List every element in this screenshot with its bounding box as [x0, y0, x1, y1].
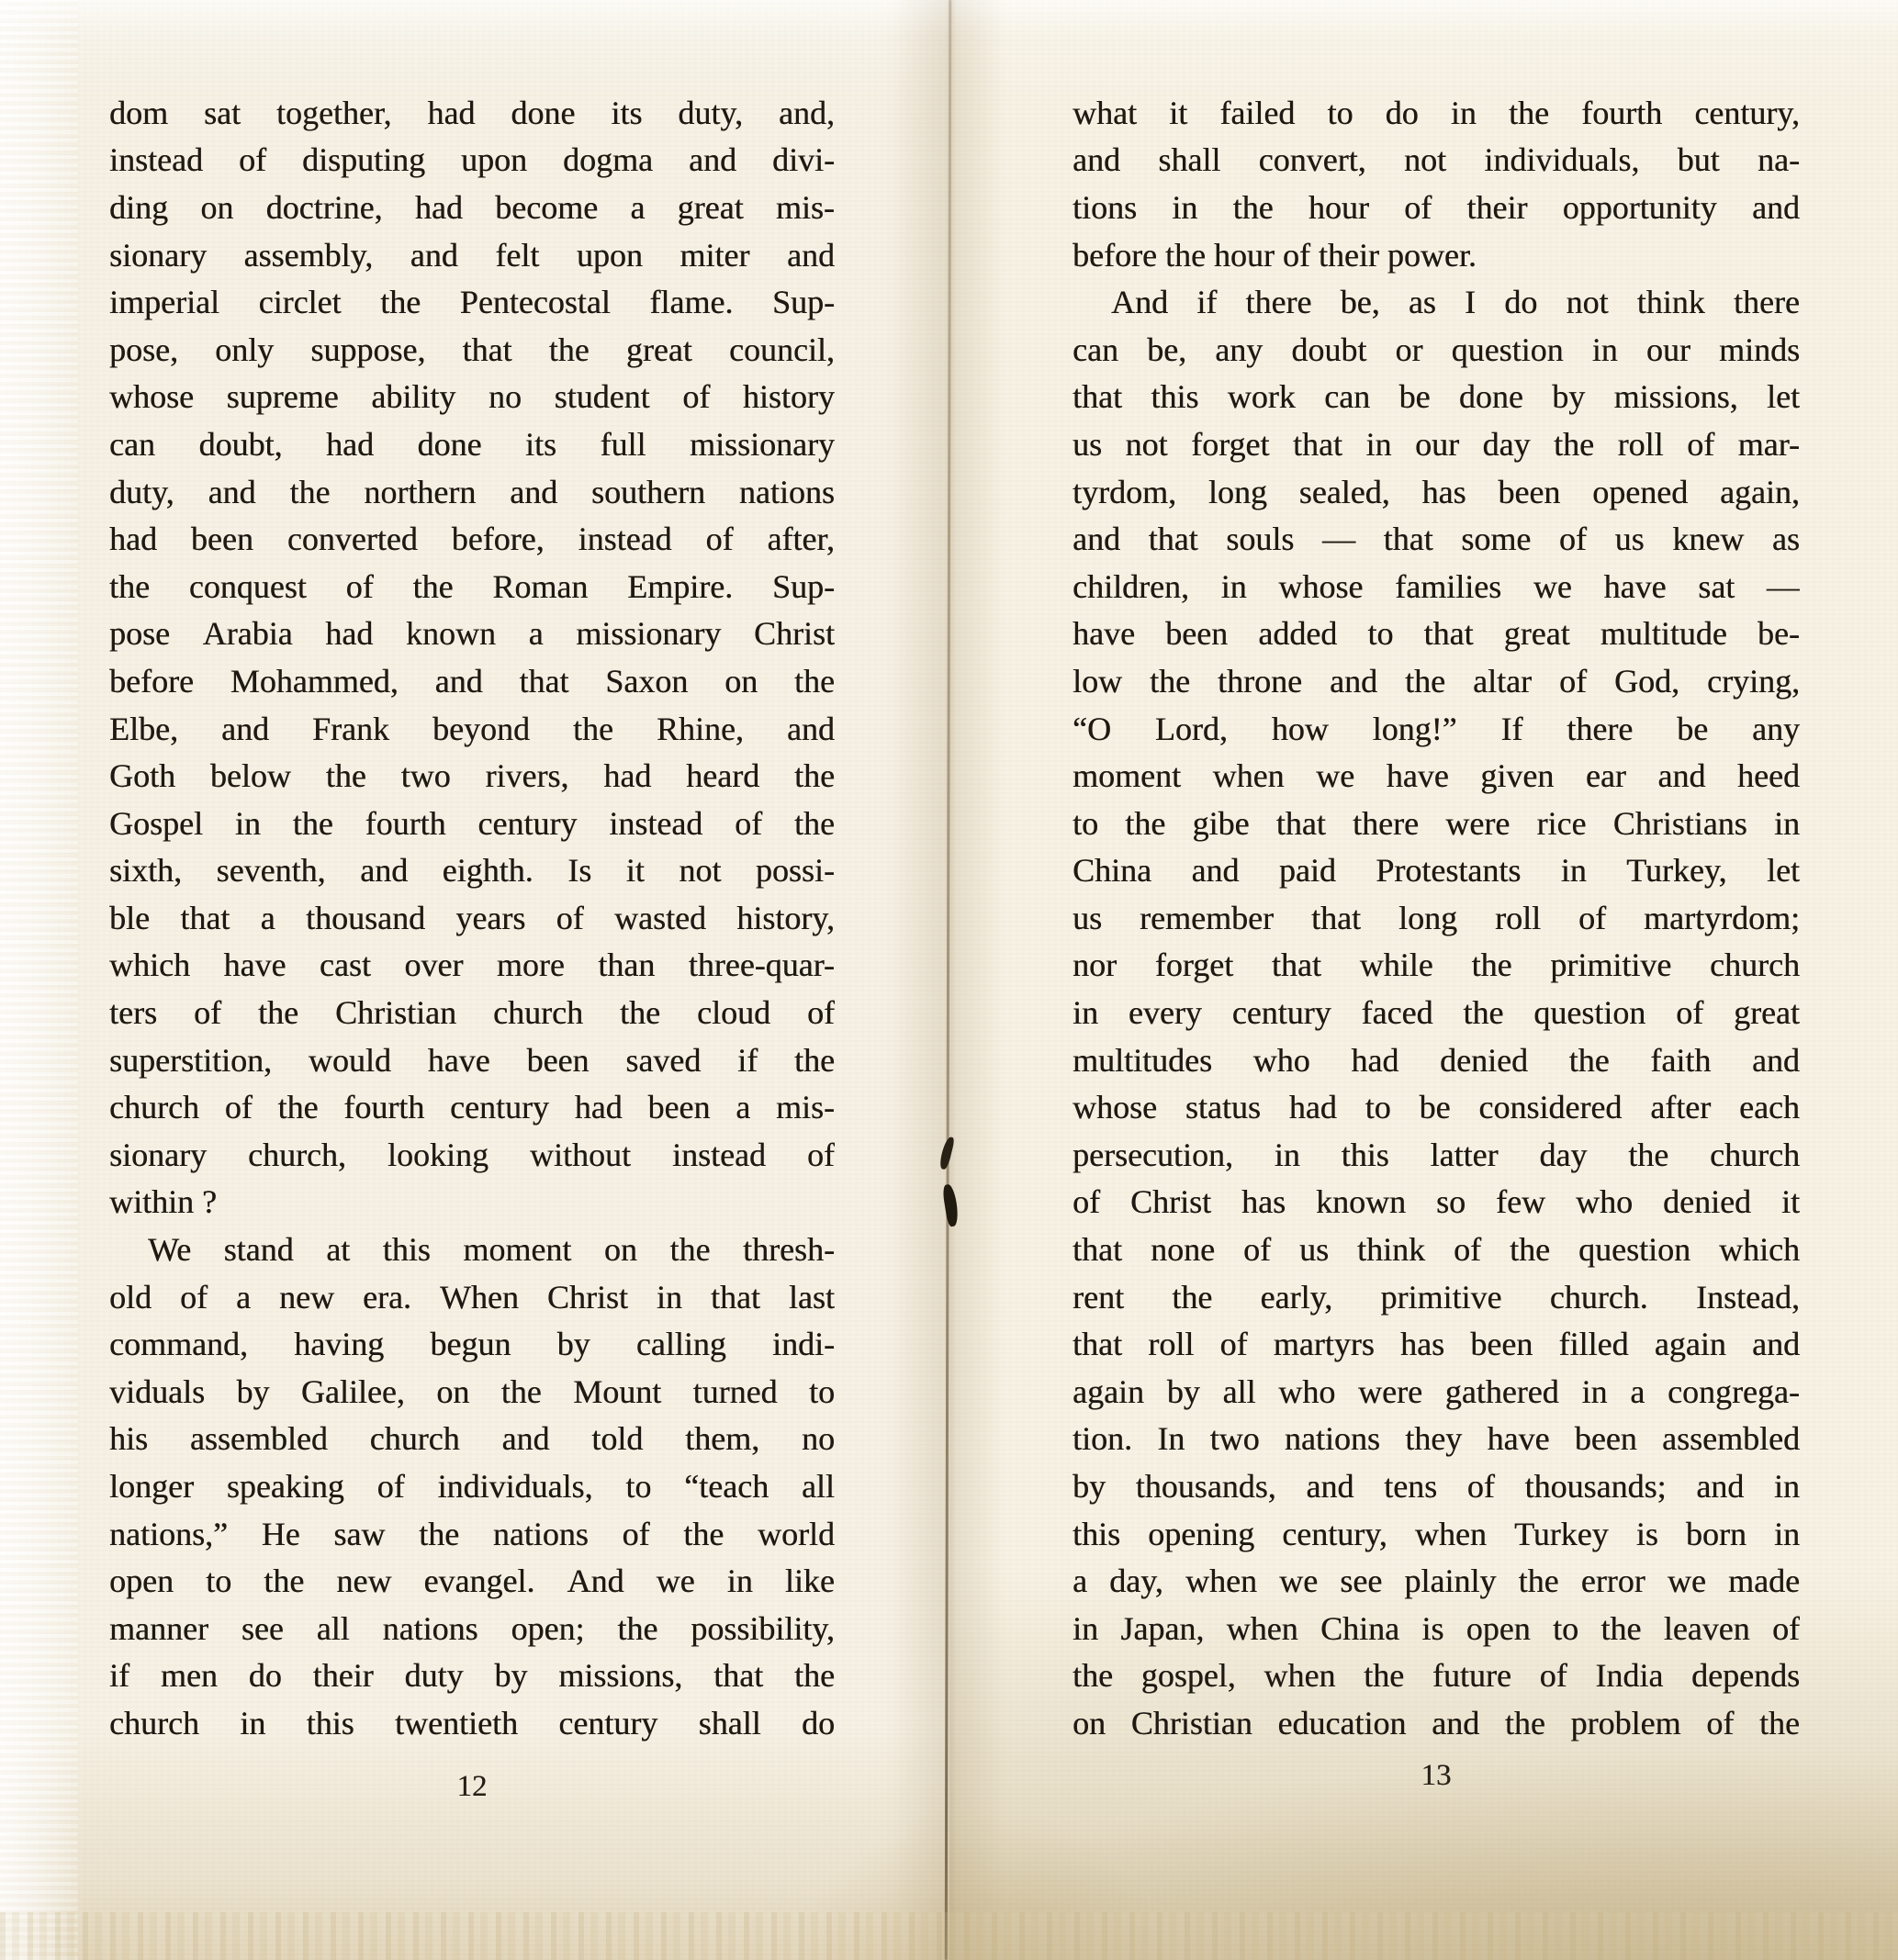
text-line: ChinaandpaidProtestantsinTurkey,let	[1073, 847, 1800, 895]
text-line: “OLord,howlong!”Iftherebeany	[1073, 705, 1800, 753]
text-line: tothegibethattherewerericeChristiansin	[1073, 800, 1800, 847]
text-line: againbyallwhoweregatheredinacongrega-	[1073, 1368, 1800, 1416]
text-line: children,inwhosefamilieswehavesat—	[1073, 563, 1800, 610]
text-line: tyrdom,longsealed,hasbeenopenedagain,	[1073, 468, 1800, 516]
text-line: tion.Intwonationstheyhavebeenassembled	[1073, 1416, 1800, 1463]
left-scan-edge	[0, 0, 78, 1960]
text-line: tionsinthehouroftheiropportunityand	[1073, 184, 1800, 231]
text-line: thatrollofmartyrshasbeenfilledagainand	[1073, 1320, 1800, 1368]
text-line: whatitfailedtodointhefourthcentury,	[1073, 89, 1800, 137]
text-line: persecution,inthislatterdaythechurch	[1073, 1131, 1800, 1179]
text-line: opentothenewevangel.Andweinlike	[109, 1557, 835, 1605]
text-line: dingondoctrine,hadbecomeagreatmis-	[109, 184, 835, 231]
text-line: Andiftherebe,asIdonotthinkthere	[1073, 278, 1800, 326]
text-line: imperialcircletthePentecostalflame.Sup-	[109, 278, 835, 326]
text-line: domsattogether,haddoneitsduty,and,	[109, 89, 835, 137]
text-line: poseArabiahadknownamissionaryChrist	[109, 610, 835, 658]
text-line: Westandatthismomentonthethresh-	[109, 1226, 835, 1273]
page-number-left: 12	[109, 1770, 835, 1804]
text-line: multitudeswhohaddeniedthefaithand	[1073, 1036, 1800, 1084]
text-line: sionaryassembly,andfeltuponmiterand	[109, 231, 835, 279]
text-line: canbe,anydoubtorquestioninourminds	[1073, 326, 1800, 374]
text-line: candoubt,haddoneitsfullmissionary	[109, 420, 835, 468]
text-line: blethatathousandyearsofwastedhistory,	[109, 894, 835, 942]
text-line: thegospel,whenthefutureofIndiadepends	[1073, 1652, 1800, 1700]
text-line: insteadofdisputingupondogmaanddivi-	[109, 137, 835, 185]
text-line: theconquestoftheRomanEmpire.Sup-	[109, 563, 835, 610]
text-line: within?	[109, 1179, 835, 1226]
text-line: norforgetthatwhiletheprimitivechurch	[1073, 942, 1800, 990]
text-line: lowthethroneandthealtarofGod,crying,	[1073, 657, 1800, 705]
text-line: usnotforgetthatinourdaytherollofmar-	[1073, 420, 1800, 468]
text-line: tersoftheChristianchurchthecloudof	[109, 989, 835, 1036]
text-line: whosesupremeabilitynostudentofhistory	[109, 374, 835, 421]
text-line: thisopeningcentury,whenTurkeyisbornin	[1073, 1510, 1800, 1558]
text-line: hisassembledchurchandtoldthem,no	[109, 1416, 835, 1463]
text-line: oldofanewera.WhenChristinthatlast	[109, 1273, 835, 1321]
text-line: beforethehouroftheirpower.	[1073, 231, 1800, 279]
text-line: mannerseeallnationsopen;thepossibility,	[109, 1605, 835, 1652]
text-line: superstition,wouldhavebeensavedifthe	[109, 1036, 835, 1084]
text-line: nations,”Hesawthenationsoftheworld	[109, 1510, 835, 1558]
text-line: longerspeakingofindividuals,to“teachall	[109, 1462, 835, 1510]
text-line: churchinthistwentiethcenturyshalldo	[109, 1699, 835, 1747]
text-line: renttheearly,primitivechurch.Instead,	[1073, 1273, 1800, 1321]
text-line: Gospelinthefourthcenturyinsteadofthe	[109, 800, 835, 847]
left-page-text-column: domsattogether,haddoneitsduty,and,instea…	[109, 89, 835, 1747]
text-line: andthatsouls—thatsomeofusknewas	[1073, 515, 1800, 563]
text-line: inJapan,whenChinaisopentotheleavenof	[1073, 1605, 1800, 1652]
text-line: ifmendotheirdutybymissions,thatthe	[109, 1652, 835, 1700]
right-page-text-column: whatitfailedtodointhefourthcentury,andsh…	[1073, 89, 1800, 1747]
text-line: aday,whenweseeplainlytheerrorwemade	[1073, 1557, 1800, 1605]
text-line: havebeenaddedtothatgreatmultitudebe-	[1073, 610, 1800, 658]
text-line: andshallconvert,notindividuals,butna-	[1073, 137, 1800, 185]
text-line: thatnoneofusthinkofthequestionwhich	[1073, 1226, 1800, 1273]
text-line: command,havingbegunbycallingindi-	[109, 1320, 835, 1368]
text-line: duty,andthenorthernandsouthernnations	[109, 468, 835, 516]
text-line: beforeMohammed,andthatSaxononthe	[109, 657, 835, 705]
text-line: ineverycenturyfacedthequestionofgreat	[1073, 989, 1800, 1036]
text-line: vidualsbyGalilee,ontheMountturnedto	[109, 1368, 835, 1416]
text-line: whichhavecastovermorethanthree-quar-	[109, 942, 835, 990]
book-spread: domsattogether,haddoneitsduty,and,instea…	[0, 0, 1898, 1960]
text-line: whosestatushadtobeconsideredaftereach	[1073, 1083, 1800, 1131]
page-number-right: 13	[1073, 1759, 1800, 1793]
text-line: churchofthefourthcenturyhadbeenamis-	[109, 1083, 835, 1131]
text-line: Gothbelowthetworivers,hadheardthe	[109, 752, 835, 800]
text-line: thatthisworkcanbedonebymissions,let	[1073, 374, 1800, 421]
text-line: ofChristhasknownsofewwhodeniedit	[1073, 1179, 1800, 1226]
text-line: Elbe,andFrankbeyondtheRhine,and	[109, 705, 835, 753]
text-line: bythousands,andtensofthousands;andin	[1073, 1462, 1800, 1510]
text-line: pose,onlysuppose,thatthegreatcouncil,	[109, 326, 835, 374]
text-line: hadbeenconvertedbefore,insteadofafter,	[109, 515, 835, 563]
text-line: sionarychurch,lookingwithoutinsteadof	[109, 1131, 835, 1179]
text-line: momentwhenwehavegivenearandheed	[1073, 752, 1800, 800]
text-line: usrememberthatlongrollofmartyrdom;	[1073, 894, 1800, 942]
text-line: sixth,seventh,andeighth.Isitnotpossi-	[109, 847, 835, 895]
text-line: onChristianeducationandtheproblemofthe	[1073, 1699, 1800, 1747]
